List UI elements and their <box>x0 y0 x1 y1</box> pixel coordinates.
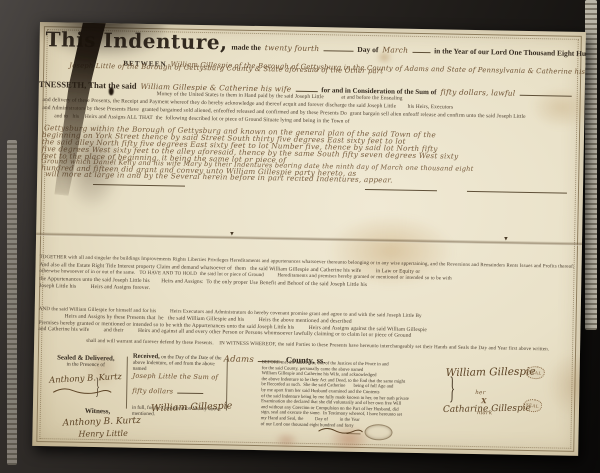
county-handwritten: Adams <box>224 354 254 365</box>
blank-rule <box>412 47 430 53</box>
frame-liner-left <box>7 140 17 465</box>
made-the-label: made the <box>231 43 261 53</box>
deed-title: This Indenture, <box>45 27 227 54</box>
grantor-seal: SEAL <box>526 361 545 379</box>
received-hw-sum: fifty dollars <box>132 387 173 396</box>
blank-rule <box>93 183 185 187</box>
notary-embossed-seal <box>364 424 392 441</box>
paper-seam <box>36 232 582 246</box>
received-hw-sum-row: fifty dollars <box>132 380 222 400</box>
witness-label: Witness, <box>85 407 111 415</box>
box-divider <box>126 357 128 409</box>
blank-rule <box>177 388 203 394</box>
witness-signature-in-box: Anthony B. Kurtz <box>47 371 123 385</box>
blank-rule <box>323 45 353 52</box>
blank-rule <box>295 86 317 92</box>
sum-handwritten: fifty dollars, lawful <box>440 87 515 97</box>
justice-acknowledgment: BEFORE me, the subscriber, one of the Ju… <box>261 360 452 431</box>
sealed-delivered-box: Sealed & Delivered, in the Presence of A… <box>47 354 124 383</box>
day-of-label: Day of <box>357 45 378 54</box>
witness-signature-1: Anthony B. Kurtz <box>63 416 141 429</box>
seal-stamp: SEAL <box>522 398 543 414</box>
stain-bottom-2 <box>274 432 298 447</box>
justice-signature-flourish <box>316 426 364 436</box>
year-phrase: in the Year of our Lord One Thousand Eig… <box>434 46 586 58</box>
stain-right-low <box>545 351 586 418</box>
blank-rule <box>467 190 567 194</box>
blank-rule <box>519 90 571 97</box>
frame-liner-right <box>585 0 597 330</box>
blank-rule <box>365 188 437 191</box>
day-handwritten: twenty fourth <box>265 43 320 53</box>
month-handwritten: March <box>382 45 408 54</box>
witnesseth-lead: WITNESSETH, That the said <box>32 79 136 91</box>
document-paper: This Indenture, made the twenty fourth D… <box>32 22 586 456</box>
witness-signature-2: Henry Little <box>78 429 127 439</box>
together-line: Joseph Little his Heirs and Assigns fore… <box>39 283 150 291</box>
framed-document-photo: This Indenture, made the twenty fourth D… <box>0 0 600 473</box>
wife-seal: SEAL <box>523 394 542 412</box>
x-mark: X <box>481 396 487 405</box>
seal-stamp: SEAL <box>525 365 546 381</box>
grantor-signature: William Gillespie <box>446 366 536 379</box>
mark-label: mark <box>477 410 493 416</box>
signature-flourish <box>51 386 113 397</box>
